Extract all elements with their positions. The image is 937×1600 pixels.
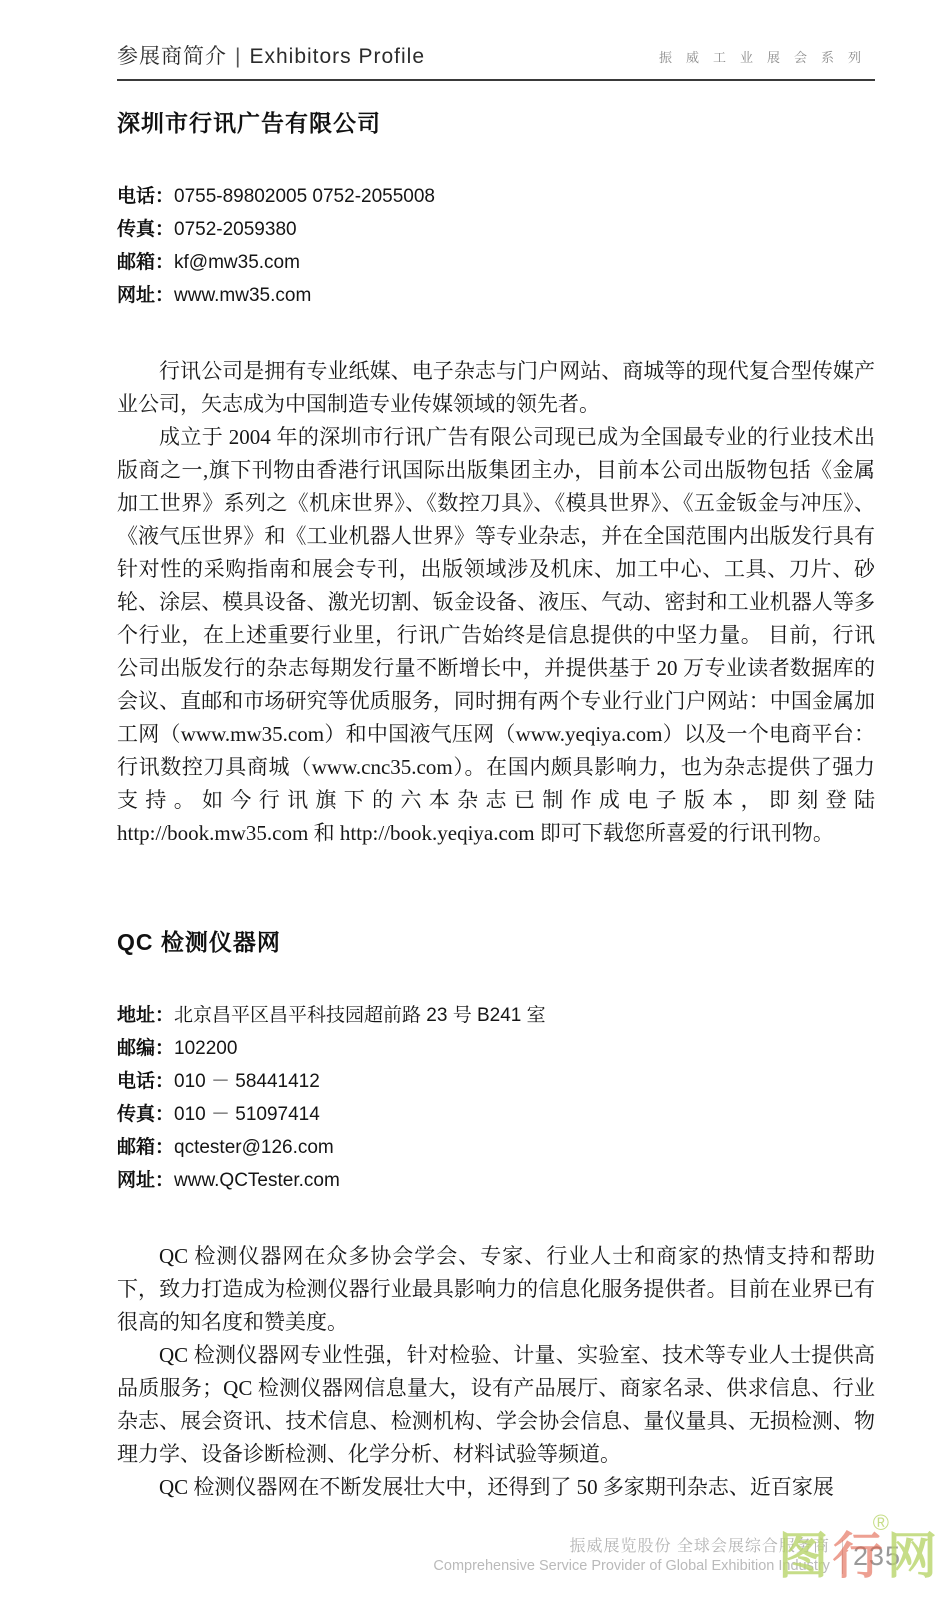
header-title: 参展商简介|Exhibitors Profile: [117, 40, 425, 70]
contact-label: 传真：: [117, 219, 174, 240]
contact-row-website: 网址：www.QCTester.com: [117, 1164, 875, 1197]
contact-value: 010 － 51097414: [174, 1104, 320, 1125]
contact-value: 0755-89802005 0752-2055008: [174, 186, 435, 207]
contact-label: 地址：: [117, 1005, 174, 1026]
contact-value: www.QCTester.com: [174, 1170, 340, 1191]
paragraph: 行讯公司是拥有专业纸媒、电子杂志与门户网站、商城等的现代复合型传媒产业公司，矢志…: [117, 355, 875, 421]
contact-value: 010 － 58441412: [174, 1071, 320, 1092]
contact-row-fax: 传真：010 － 51097414: [117, 1098, 875, 1131]
footer-divider: [842, 1540, 843, 1574]
contact-value: qctester@126.com: [174, 1137, 334, 1158]
contact-label: 邮编：: [117, 1038, 174, 1059]
page: 参展商简介|Exhibitors Profile 振威工业展会系列 深圳市行讯广…: [0, 0, 937, 1504]
contact-row-fax: 传真：0752-2059380: [117, 213, 875, 246]
registered-trademark-icon: ®: [873, 1510, 889, 1536]
contact-row-zipcode: 邮编：102200: [117, 1032, 875, 1065]
footer-text: 振威展览股份 全球会展综合服务商 Comprehensive Service P…: [433, 1537, 830, 1576]
company-name: QC 检测仪器网: [117, 924, 875, 957]
contact-label: 网址：: [117, 1170, 174, 1191]
contact-list: 电话：0755-89802005 0752-2055008 传真：0752-20…: [117, 180, 875, 312]
paragraph: QC 检测仪器网在不断发展壮大中，还得到了 50 多家期刊杂志、近百家展: [117, 1471, 875, 1504]
contact-value: kf@mw35.com: [174, 252, 300, 273]
contact-row-email: 邮箱：kf@mw35.com: [117, 246, 875, 279]
header-separator: |: [227, 45, 249, 68]
contact-row-website: 网址：www.mw35.com: [117, 279, 875, 312]
contact-row-phone: 电话：010 － 58441412: [117, 1065, 875, 1098]
contact-value: www.mw35.com: [174, 285, 311, 306]
contact-row-email: 邮箱：qctester@126.com: [117, 1131, 875, 1164]
contact-label: 邮箱：: [117, 1137, 174, 1158]
contact-label: 网址：: [117, 285, 174, 306]
page-header: 参展商简介|Exhibitors Profile 振威工业展会系列: [117, 0, 875, 81]
company-section-xingxun: 深圳市行讯广告有限公司 电话：0755-89802005 0752-205500…: [117, 105, 875, 850]
company-section-qctester: QC 检测仪器网 地址：北京昌平区昌平科技园超前路 23 号 B241 室 邮编…: [117, 924, 875, 1504]
contact-value: 0752-2059380: [174, 219, 297, 240]
page-footer: 振威展览股份 全球会展综合服务商 Comprehensive Service P…: [433, 1537, 901, 1576]
contact-label: 邮箱：: [117, 252, 174, 273]
contact-row-phone: 电话：0755-89802005 0752-2055008: [117, 180, 875, 213]
contact-value: 北京昌平区昌平科技园超前路 23 号 B241 室: [174, 1005, 546, 1026]
footer-company-line: 振威展览股份 全球会展综合服务商: [433, 1537, 830, 1557]
page-number: 235: [853, 1541, 901, 1572]
contact-value: 102200: [174, 1038, 237, 1059]
contact-label: 电话：: [117, 186, 174, 207]
company-description: QC 检测仪器网在众多协会学会、专家、行业人士和商家的热情支持和帮助下，致力打造…: [117, 1240, 875, 1504]
contact-label: 传真：: [117, 1104, 174, 1125]
company-name: 深圳市行讯广告有限公司: [117, 105, 875, 138]
header-title-en: Exhibitors Profile: [249, 45, 425, 68]
paragraph: 成立于 2004 年的深圳市行讯广告有限公司现已成为全国最专业的行业技术出版商之…: [117, 421, 875, 850]
contact-row-address: 地址：北京昌平区昌平科技园超前路 23 号 B241 室: [117, 999, 875, 1032]
header-series-label: 振威工业展会系列: [659, 47, 875, 70]
header-title-zh: 参展商简介: [117, 45, 227, 68]
contact-label: 电话：: [117, 1071, 174, 1092]
paragraph: QC 检测仪器网在众多协会学会、专家、行业人士和商家的热情支持和帮助下，致力打造…: [117, 1240, 875, 1339]
contact-list: 地址：北京昌平区昌平科技园超前路 23 号 B241 室 邮编：102200 电…: [117, 999, 875, 1197]
company-description: 行讯公司是拥有专业纸媒、电子杂志与门户网站、商城等的现代复合型传媒产业公司，矢志…: [117, 355, 875, 850]
footer-english-line: Comprehensive Service Provider of Global…: [433, 1557, 830, 1576]
paragraph: QC 检测仪器网专业性强，针对检验、计量、实验室、技术等专业人士提供高品质服务；…: [117, 1339, 875, 1471]
